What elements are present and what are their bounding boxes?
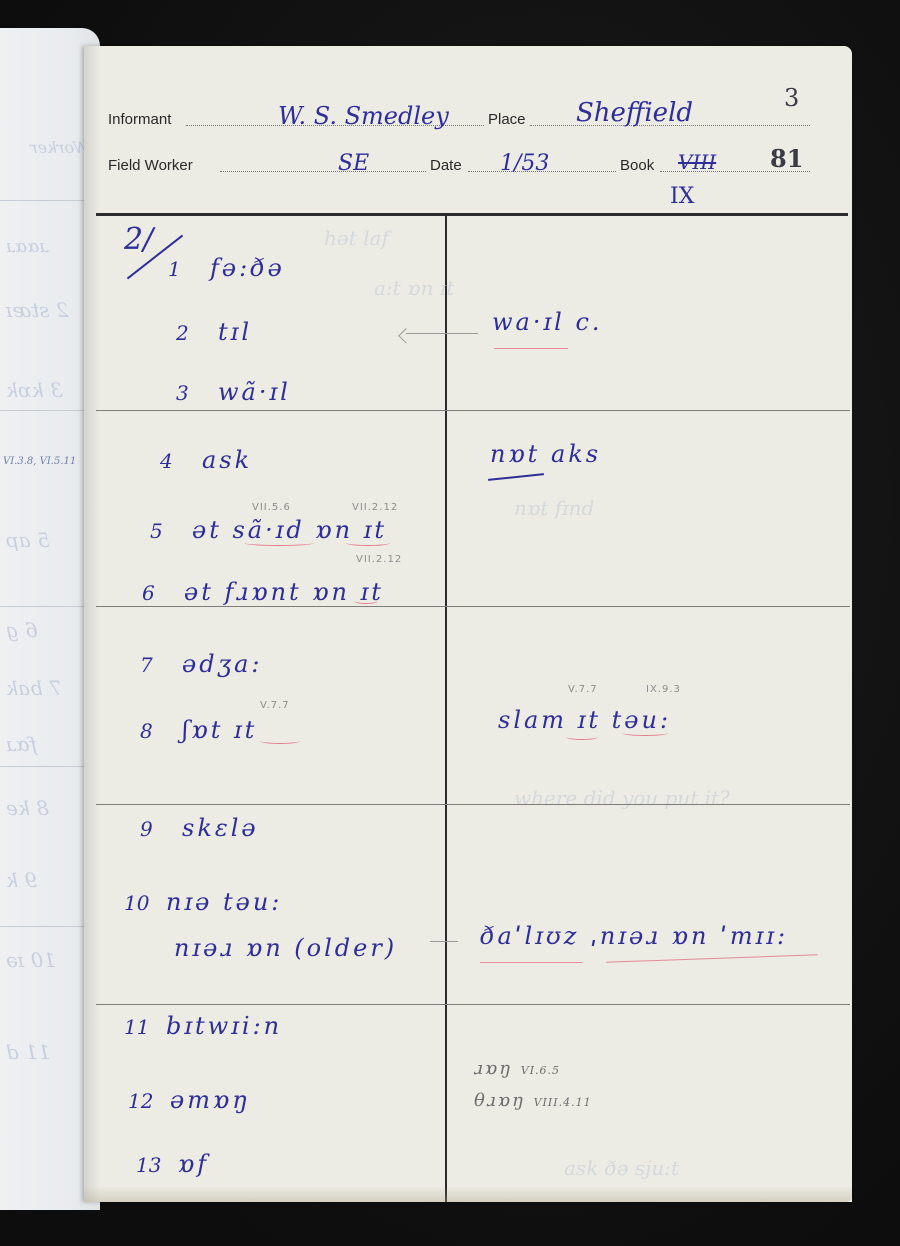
reference-note: IX.9.3 (646, 684, 681, 695)
entry-9: 9skɛlə (140, 814, 259, 842)
entry-1: 1fə:ðə (168, 254, 285, 282)
reference-note: V.7.7 (568, 684, 598, 695)
prev-page-ghost-text: 7 bak (6, 676, 62, 700)
prev-page-rule (0, 926, 96, 927)
row-divider (96, 804, 850, 805)
row-divider (96, 410, 850, 411)
section-mark: 2/ (124, 222, 153, 257)
entry-13: 13ɒf (136, 1150, 209, 1178)
entry-10-older-form: nɪəɹ ɒn (older) (132, 934, 397, 962)
pencil-note: θɹɒŋVIII.4.11 (474, 1090, 592, 1111)
red-wavy-underline (260, 738, 300, 744)
prev-page-ghost-text: 11 d (6, 1040, 51, 1064)
row-divider (96, 1004, 850, 1005)
field-worker-row: Field Worker SE Date 1/53 Book VIII (108, 152, 810, 176)
red-wavy-underline (566, 734, 598, 740)
red-wavy-underline (354, 598, 378, 604)
date-label: Date (430, 157, 462, 174)
prev-page-rule (0, 410, 96, 411)
red-wavy-underline (346, 540, 390, 546)
response-4: nɒt aks (490, 440, 601, 468)
red-underline (480, 962, 582, 963)
prev-page-ghost-text: 2 stæɪ (6, 298, 69, 322)
show-through-text: hət laf (324, 226, 389, 250)
page-number: 3 (784, 84, 799, 112)
book-value: IX (670, 184, 694, 209)
response-10: ðaˈlɪʊz ˌnɪəɹ ɒn ˈmɪɪ: (480, 922, 788, 950)
prev-page-rule (0, 200, 96, 201)
reference-note: VII.2.12 (356, 554, 402, 565)
pencil-note: ɹɒŋVI.6.5 (474, 1058, 560, 1079)
notebook-page: Informant W. S. Smedley Place Sheffield … (84, 46, 852, 1202)
informant-label: Informant (108, 111, 171, 128)
prev-page-ghost-text: 6 g (6, 618, 38, 642)
prev-page-reference-note: VI.3.8, VI.5.11 (3, 456, 76, 467)
entry-3: 3wã·ɪl (176, 378, 291, 406)
prev-page-ghost-text: 10 ɪə (6, 948, 56, 972)
reference-note: VII.2.12 (352, 502, 398, 513)
prev-page-ghost-text: ɹɑɑɹ (6, 236, 48, 257)
prev-page-ghost-text: 3 kɒk (6, 378, 63, 402)
reference-note: VII.5.6 (252, 502, 291, 513)
response-1: wa·ɪl c. (492, 308, 603, 336)
entry-7: 7ədʒa: (140, 650, 263, 678)
prev-page-rule (0, 766, 96, 767)
connector-dash (430, 941, 458, 942)
page-bottom-edge (84, 1186, 852, 1202)
field-worker-field-line (220, 171, 426, 172)
book-label: Book (620, 157, 654, 174)
red-underline (606, 954, 818, 962)
entry-6: 6ət fɹɒnt ɒn ɪt (142, 578, 384, 606)
header-divider (96, 213, 848, 216)
prev-page-worker-label: Worker (30, 138, 89, 157)
show-through-text: ask ðə sju:t (564, 1156, 679, 1180)
show-through-text: a:t ɒn ɪt (374, 276, 454, 300)
entry-4: 4ask (160, 446, 252, 474)
prev-page-ghost-text: 9 k (6, 868, 37, 892)
date-value: 1/53 (500, 151, 549, 176)
place-label: Place (488, 111, 526, 128)
entry-2: 2tɪl (176, 318, 252, 346)
prev-page-ghost-text: 8 ke (6, 796, 49, 820)
book-value-struck: VIII (678, 150, 716, 174)
informant-row: Informant W. S. Smedley Place Sheffield (108, 106, 810, 130)
show-through-text: where did you put it? (514, 786, 730, 810)
prev-page-rule (0, 606, 96, 607)
reference-note: V.7.7 (260, 700, 290, 711)
entry-11: 11bɪtwɪi:n (124, 1012, 282, 1040)
entry-10: 10nɪə təu: (124, 888, 282, 916)
entry-8: 8ʃɒt ɪt (140, 716, 257, 744)
prev-page-ghost-text: 5 ap (6, 528, 50, 552)
field-worker-label: Field Worker (108, 157, 193, 174)
red-wavy-underline (622, 730, 668, 736)
blue-underline (488, 473, 544, 481)
place-value: Sheffield (576, 98, 693, 128)
prev-page-ghost-text: fɑɹ (6, 732, 37, 756)
row-divider (96, 606, 850, 607)
field-worker-value: SE (338, 151, 369, 176)
book-number: 81 (770, 144, 803, 173)
show-through-text: nɒt fɪnd (514, 496, 594, 520)
informant-value: W. S. Smedley (278, 102, 449, 130)
left-arrow-icon (406, 333, 478, 334)
red-underline (494, 348, 568, 349)
column-divider (445, 214, 447, 1202)
entry-12: 12əmɒŋ (128, 1086, 251, 1114)
red-wavy-underline (244, 540, 314, 546)
